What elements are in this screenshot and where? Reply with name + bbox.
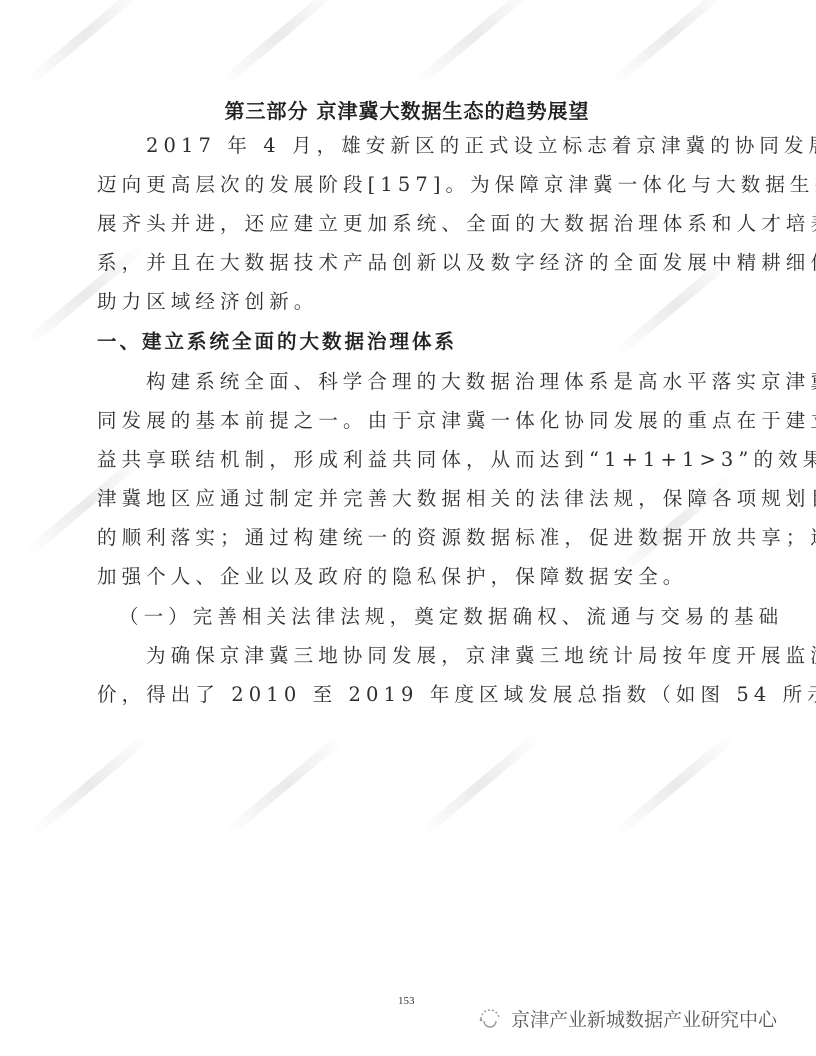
section-line: 益共享联结机制，形成利益共同体，从而达到“1+1+1>3”的效果，京 (97, 445, 816, 475)
section-line: 的顺利落实；通过构建统一的资源数据标准，促进数据开放共享；通过 (97, 523, 816, 553)
intro-line: 2017 年 4 月，雄安新区的正式设立标志着京津冀的协同发展正在 (146, 131, 816, 161)
subsection-line: 价，得出了 2010 至 2019 年度区域发展总指数（如图 54 所示）。 (97, 680, 816, 710)
watermark (29, 733, 150, 837)
intro-line: 系，并且在大数据技术产品创新以及数字经济的全面发展中精耕细作， (97, 248, 816, 278)
intro-line: 迈向更高层次的发展阶段[157]。为保障京津冀一体化与大数据生态发 (97, 170, 816, 200)
watermark (419, 733, 540, 837)
page-number: 153 (398, 995, 415, 1007)
watermark (609, 0, 730, 87)
watermark (414, 0, 535, 87)
subsection-line: 为确保京津冀三地协同发展，京津冀三地统计局按年度开展监测评 (146, 641, 816, 671)
intro-line: 助力区域经济创新。 (97, 287, 318, 317)
watermark (224, 733, 345, 837)
watermark (614, 733, 735, 837)
part-title: 第三部分 京津冀大数据生态的趋势展望 (97, 95, 717, 124)
wechat-official-account-icon (475, 1007, 505, 1031)
section-heading: 一、建立系统全面的大数据治理体系 (97, 327, 457, 357)
brand-text: 京津产业新城数据产业研究中心 (511, 1005, 777, 1032)
section-line: 津冀地区应通过制定并完善大数据相关的法律法规，保障各项规划目标 (97, 484, 816, 514)
section-line: 同发展的基本前提之一。由于京津冀一体化协同发展的重点在于建立利 (97, 406, 816, 436)
subsection-heading: （一）完善相关法律法规，奠定数据确权、流通与交易的基础 (119, 602, 783, 632)
watermark (219, 0, 340, 87)
intro-line: 展齐头并进，还应建立更加系统、全面的大数据治理体系和人才培养体 (97, 209, 816, 239)
section-line: 加强个人、企业以及政府的隐私保护，保障数据安全。 (97, 562, 687, 592)
watermark (24, 0, 145, 87)
footer-brand: 京津产业新城数据产业研究中心 (475, 1005, 777, 1032)
section-line: 构建系统全面、科学合理的大数据治理体系是高水平落实京津冀协 (146, 367, 816, 397)
